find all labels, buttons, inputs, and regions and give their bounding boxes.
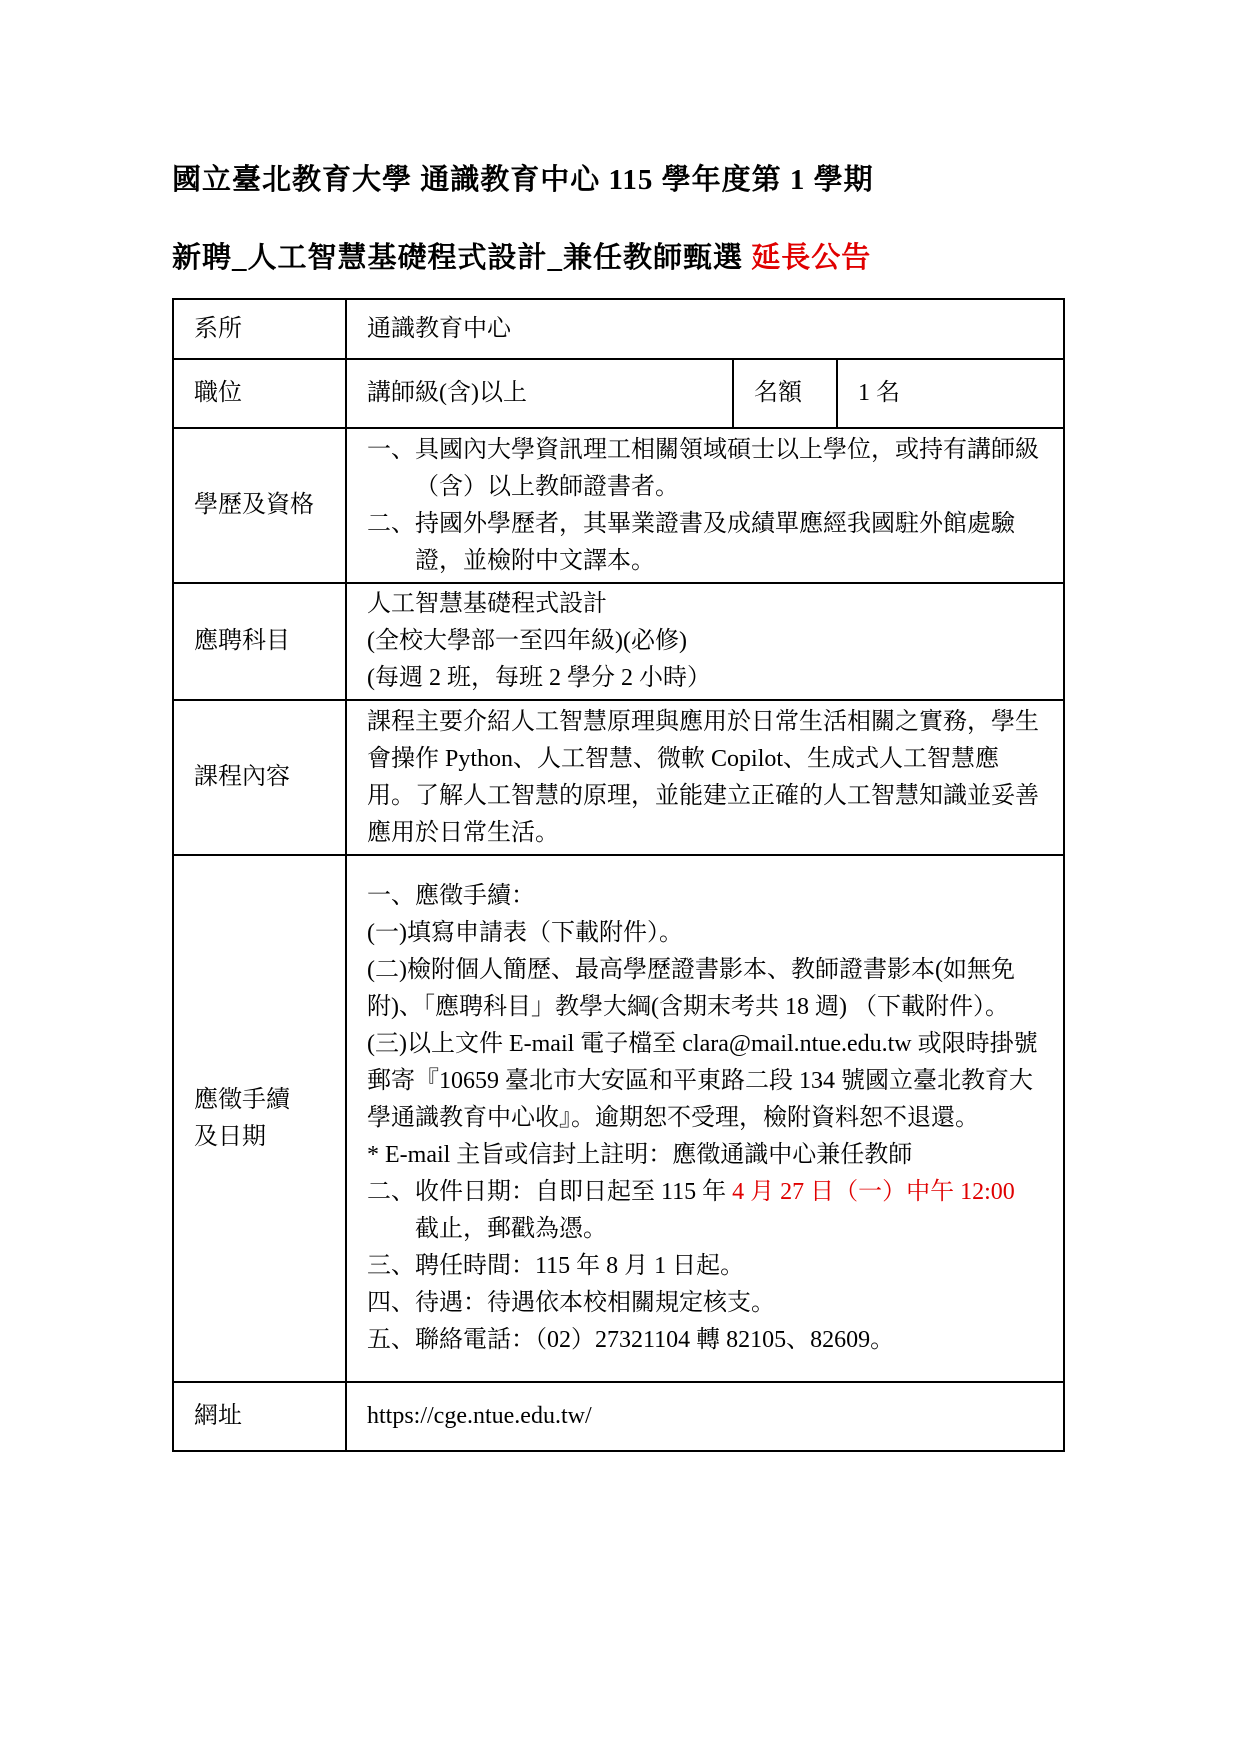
qualification-line: 證，並檢附中文譯本。 (367, 543, 1043, 580)
course-line: 應用於日常生活。 (367, 815, 1043, 852)
table-row-subject: 應聘科目 人工智慧基礎程式設計 (全校大學部一至四年級)(必修) (每週 2 班… (173, 583, 1064, 700)
qualifications-content-cell: 一、具國內大學資訊理工相關領域碩士以上學位，或持有講師級 （含）以上教師證書者。… (346, 428, 1064, 583)
subject-line: (每週 2 班，每班 2 學分 2 小時） (367, 660, 1043, 697)
website-value-cell: https://cge.ntue.edu.tw/ (346, 1382, 1064, 1451)
qualification-line: （含）以上教師證書者。 (367, 469, 1043, 506)
department-value-cell: 通識教育中心 (346, 299, 1064, 359)
table-row-course: 課程內容 課程主要介紹人工智慧原理與應用於日常生活相關之實務，學生 會操作 Py… (173, 700, 1064, 855)
subject-line: (全校大學部一至四年級)(必修) (367, 623, 1043, 660)
page-title-line2: 新聘_人工智慧基礎程式設計_兼任教師甄選 延長公告 (172, 241, 1241, 275)
procedure-line: 學通識教育中心收』。逾期恕不受理，檢附資料恕不退還。 (367, 1100, 1043, 1137)
course-label-cell: 課程內容 (173, 700, 346, 855)
quota-label-cell: 名額 (733, 359, 837, 428)
course-line: 會操作 Python、人工智慧、微軟 Copilot、生成式人工智慧應 (367, 741, 1043, 778)
subject-label-cell: 應聘科目 (173, 583, 346, 700)
procedure-line: 截止，郵戳為憑。 (367, 1211, 1043, 1248)
document-page: 國立臺北教育大學 通識教育中心 115 學年度第 1 學期 新聘_人工智慧基礎程… (0, 0, 1241, 1755)
extension-notice-text: 延長公告 (751, 242, 871, 274)
page-title-line2-text: 新聘_人工智慧基礎程式設計_兼任教師甄選 (172, 242, 743, 274)
website-label-cell: 網址 (173, 1382, 346, 1451)
table-row-position: 職位 講師級(含)以上 名額 1 名 (173, 359, 1064, 428)
table-row-qualifications: 學歷及資格 一、具國內大學資訊理工相關領域碩士以上學位，或持有講師級 （含）以上… (173, 428, 1064, 583)
procedure-label-line: 及日期 (194, 1119, 325, 1156)
deadline-highlight-text: 4 月 27 日（一）中午 12:00 (732, 1179, 1015, 1205)
procedure-line: 四、待遇：待遇依本校相關規定核支。 (367, 1285, 1043, 1322)
recruitment-table: 系所 通識教育中心 職位 講師級(含)以上 名額 1 名 學歷及資格 一、具國內… (172, 298, 1065, 1452)
qualifications-label-cell: 學歷及資格 (173, 428, 346, 583)
procedure-line: 附)、「應聘科目」教學大綱(含期末考共 18 週) （下載附件）。 (367, 989, 1043, 1026)
procedure-line: (三)以上文件 E-mail 電子檔至 clara@mail.ntue.edu.… (367, 1026, 1043, 1063)
procedure-label-cell: 應徵手續 及日期 (173, 855, 346, 1382)
subject-line: 人工智慧基礎程式設計 (367, 586, 1043, 623)
subject-content-cell: 人工智慧基礎程式設計 (全校大學部一至四年級)(必修) (每週 2 班，每班 2… (346, 583, 1064, 700)
procedure-content-cell: 一、應徵手續： (一)填寫申請表（下載附件）。 (二)檢附個人簡歷、最高學歷證書… (346, 855, 1064, 1382)
procedure-line: 三、聘任時間：115 年 8 月 1 日起。 (367, 1248, 1043, 1285)
table-row-department: 系所 通識教育中心 (173, 299, 1064, 359)
qualification-line: 二、持國外學歷者，其畢業證書及成績單應經我國駐外館處驗 (367, 506, 1043, 543)
procedure-line: 一、應徵手續： (367, 878, 1043, 915)
course-line: 課程主要介紹人工智慧原理與應用於日常生活相關之實務，學生 (367, 704, 1043, 741)
procedure-deadline-line: 二、收件日期：自即日起至 115 年 4 月 27 日（一）中午 12:00 (367, 1174, 1043, 1211)
table-row-website: 網址 https://cge.ntue.edu.tw/ (173, 1382, 1064, 1451)
deadline-prefix-text: 二、收件日期：自即日起至 115 年 (367, 1179, 732, 1205)
procedure-line: * E-mail 主旨或信封上註明：應徵通識中心兼任教師 (367, 1137, 1043, 1174)
qualification-line: 一、具國內大學資訊理工相關領域碩士以上學位，或持有講師級 (367, 432, 1043, 469)
procedure-line: (二)檢附個人簡歷、最高學歷證書影本、教師證書影本(如無免 (367, 952, 1043, 989)
procedure-line: 郵寄『10659 臺北市大安區和平東路二段 134 號國立臺北教育大 (367, 1063, 1043, 1100)
page-title-line1: 國立臺北教育大學 通識教育中心 115 學年度第 1 學期 (172, 163, 1241, 197)
procedure-label-line: 應徵手續 (194, 1082, 325, 1119)
course-content-cell: 課程主要介紹人工智慧原理與應用於日常生活相關之實務，學生 會操作 Python、… (346, 700, 1064, 855)
procedure-line: (一)填寫申請表（下載附件）。 (367, 915, 1043, 952)
procedure-line: 五、聯絡電話：（02）27321104 轉 82105、82609。 (367, 1322, 1043, 1359)
course-line: 用。了解人工智慧的原理，並能建立正確的人工智慧知識並妥善 (367, 778, 1043, 815)
table-row-procedure: 應徵手續 及日期 一、應徵手續： (一)填寫申請表（下載附件）。 (二)檢附個人… (173, 855, 1064, 1382)
department-label-cell: 系所 (173, 299, 346, 359)
position-label-cell: 職位 (173, 359, 346, 428)
position-value-cell: 講師級(含)以上 (346, 359, 733, 428)
quota-value-cell: 1 名 (837, 359, 1064, 428)
